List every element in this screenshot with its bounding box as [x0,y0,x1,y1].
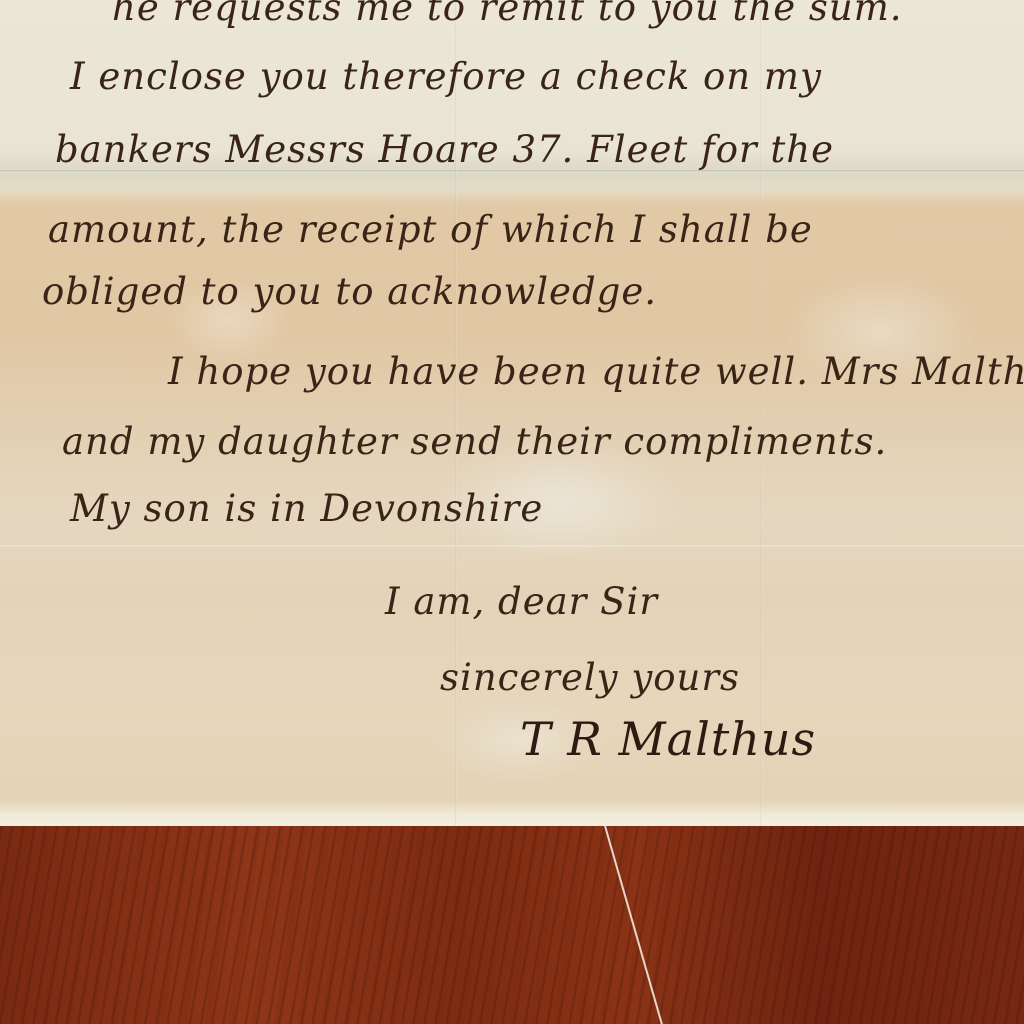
letter-line: bankers Messrs Hoare 37. Fleet for the [55,128,834,171]
letter-valediction: sincerely yours [440,656,740,699]
letter-line: obliged to you to acknowledge. [42,270,657,313]
wooden-table [0,826,1024,1024]
letter-line: and my daughter send their compliments. [62,420,887,463]
letter-closing: I am, dear Sir [385,580,658,623]
letter-line: I enclose you therefore a check on my [70,55,822,98]
paper-fold-vertical [760,0,762,826]
photo-scene: he requests me to remit to you the sum. … [0,0,1024,1024]
letter-line: amount, the receipt of which I shall be [48,208,813,251]
paper-fold-vertical [455,0,457,826]
signature: T R Malthus [520,712,816,766]
paper-crease [0,545,1024,547]
letter-line: I hope you have been quite well. Mrs Mal… [168,350,1024,393]
letter-paper: he requests me to remit to you the sum. … [0,0,1024,827]
letter-line: he requests me to remit to you the sum. [112,0,903,29]
letter-line: My son is in Devonshire [70,487,543,530]
